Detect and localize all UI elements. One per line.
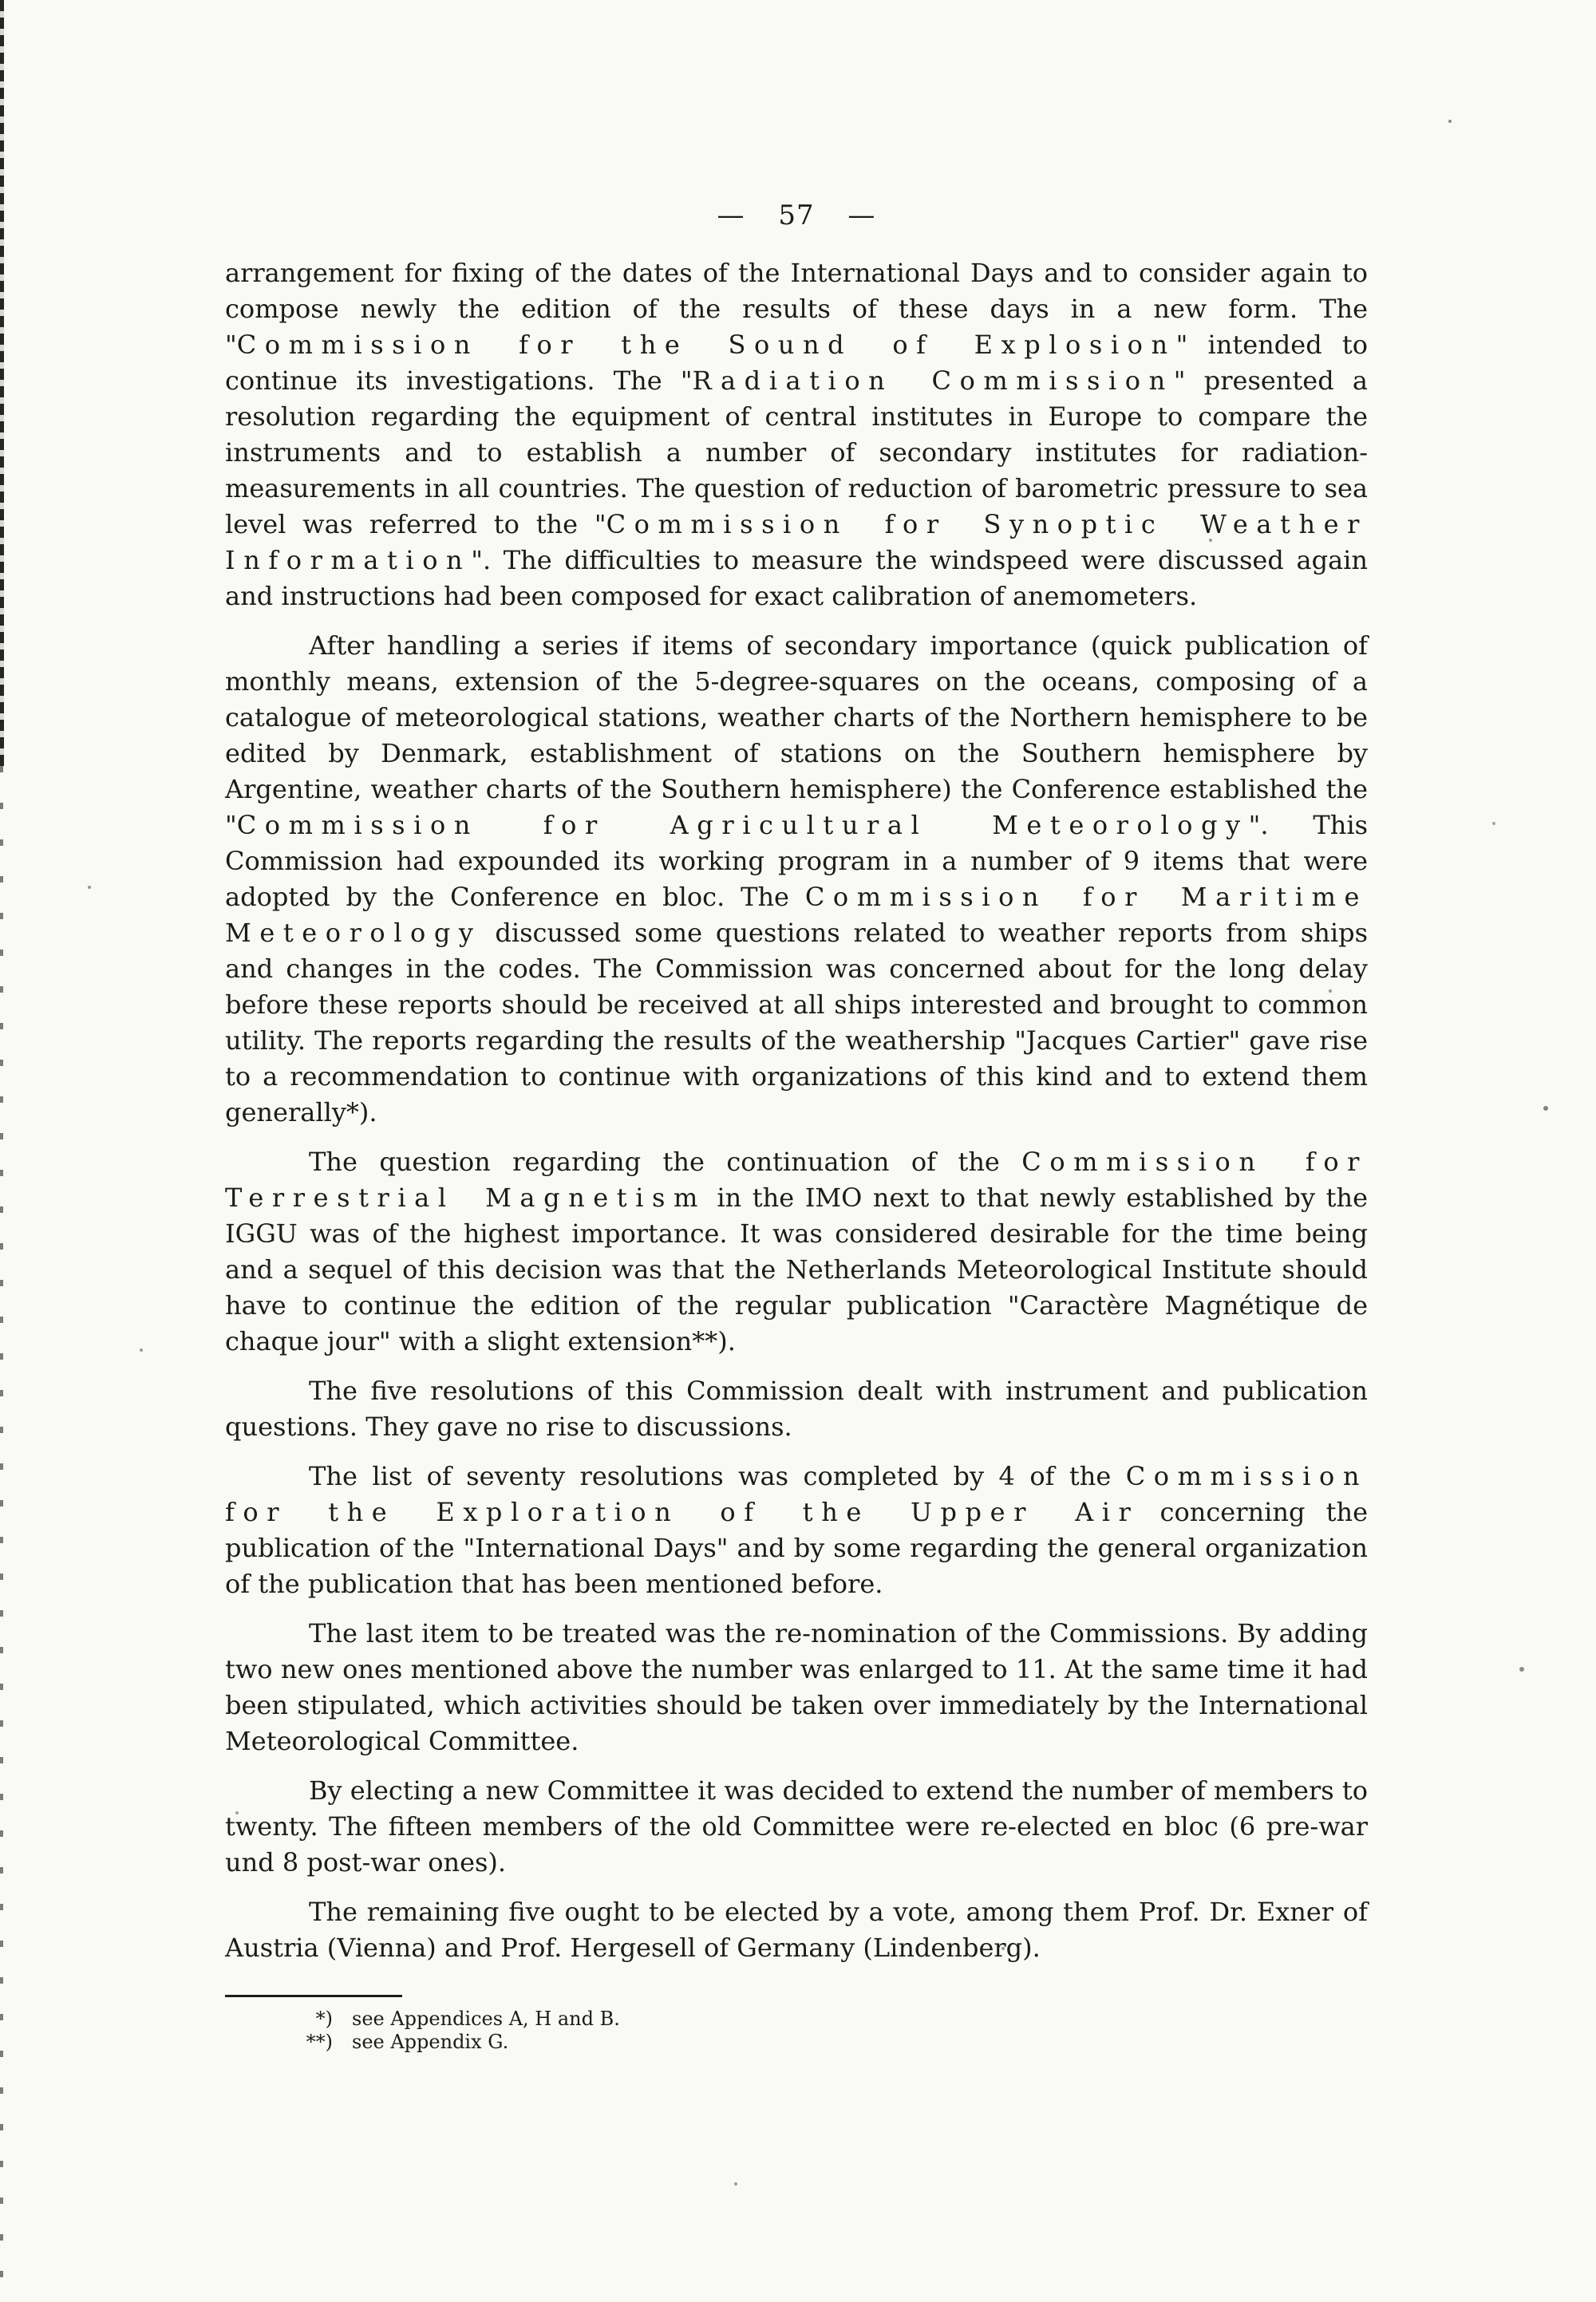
body-text: By electing a new Committee it was decid…: [225, 1775, 1368, 1878]
scan-edge-artifact-bottom: [0, 766, 3, 2302]
paragraph: The remaining five ought to be elected b…: [225, 1894, 1368, 1966]
page-number: — 57 —: [225, 199, 1368, 231]
body-text: The last item to be treated was the re-n…: [225, 1618, 1368, 1756]
letter-spaced-commission-name: Commission for Agricultural Meteorology: [237, 810, 1249, 840]
scan-edge-artifact-top: [0, 0, 4, 766]
footnote-text: see Appendices A, H and B.: [352, 2008, 620, 2031]
footnote-marker: **): [225, 2031, 333, 2054]
body-text: discussed some questions related to weat…: [225, 918, 1368, 1127]
footnote-marker: *): [225, 2008, 333, 2031]
paragraph: By electing a new Committee it was decid…: [225, 1773, 1368, 1881]
footnotes: *)see Appendices A, H and B.**)see Appen…: [225, 2008, 1366, 2054]
body-text: After handling a series if items of seco…: [225, 630, 1368, 840]
letter-spaced-commission-name: Radiation Commission: [693, 365, 1174, 396]
document-body: arrangement for fixing of the dates of t…: [225, 255, 1368, 1980]
footnote: **)see Appendix G.: [225, 2031, 1366, 2054]
paragraph: arrangement for fixing of the dates of t…: [225, 255, 1368, 614]
paragraph: The last item to be treated was the re-n…: [225, 1616, 1368, 1759]
body-text: The question regarding the continuation …: [309, 1147, 1021, 1177]
scan-noise-specks: [1448, 120, 1452, 123]
body-text: The remaining five ought to be elected b…: [225, 1897, 1368, 1963]
paragraph: After handling a series if items of seco…: [225, 628, 1368, 1131]
paragraph: The question regarding the continuation …: [225, 1144, 1368, 1360]
footnote-text: see Appendix G.: [352, 2031, 508, 2054]
footnote-separator: [225, 1995, 402, 1997]
body-text: The five resolutions of this Commission …: [225, 1376, 1368, 1442]
body-text: The list of seventy resolutions was comp…: [309, 1461, 1126, 1491]
footnote: *)see Appendices A, H and B.: [225, 2008, 1366, 2031]
paragraph: The list of seventy resolutions was comp…: [225, 1459, 1368, 1602]
letter-spaced-commission-name: Commission for the Sound of Explosion: [237, 330, 1176, 360]
paragraph: The five resolutions of this Commission …: [225, 1373, 1368, 1445]
